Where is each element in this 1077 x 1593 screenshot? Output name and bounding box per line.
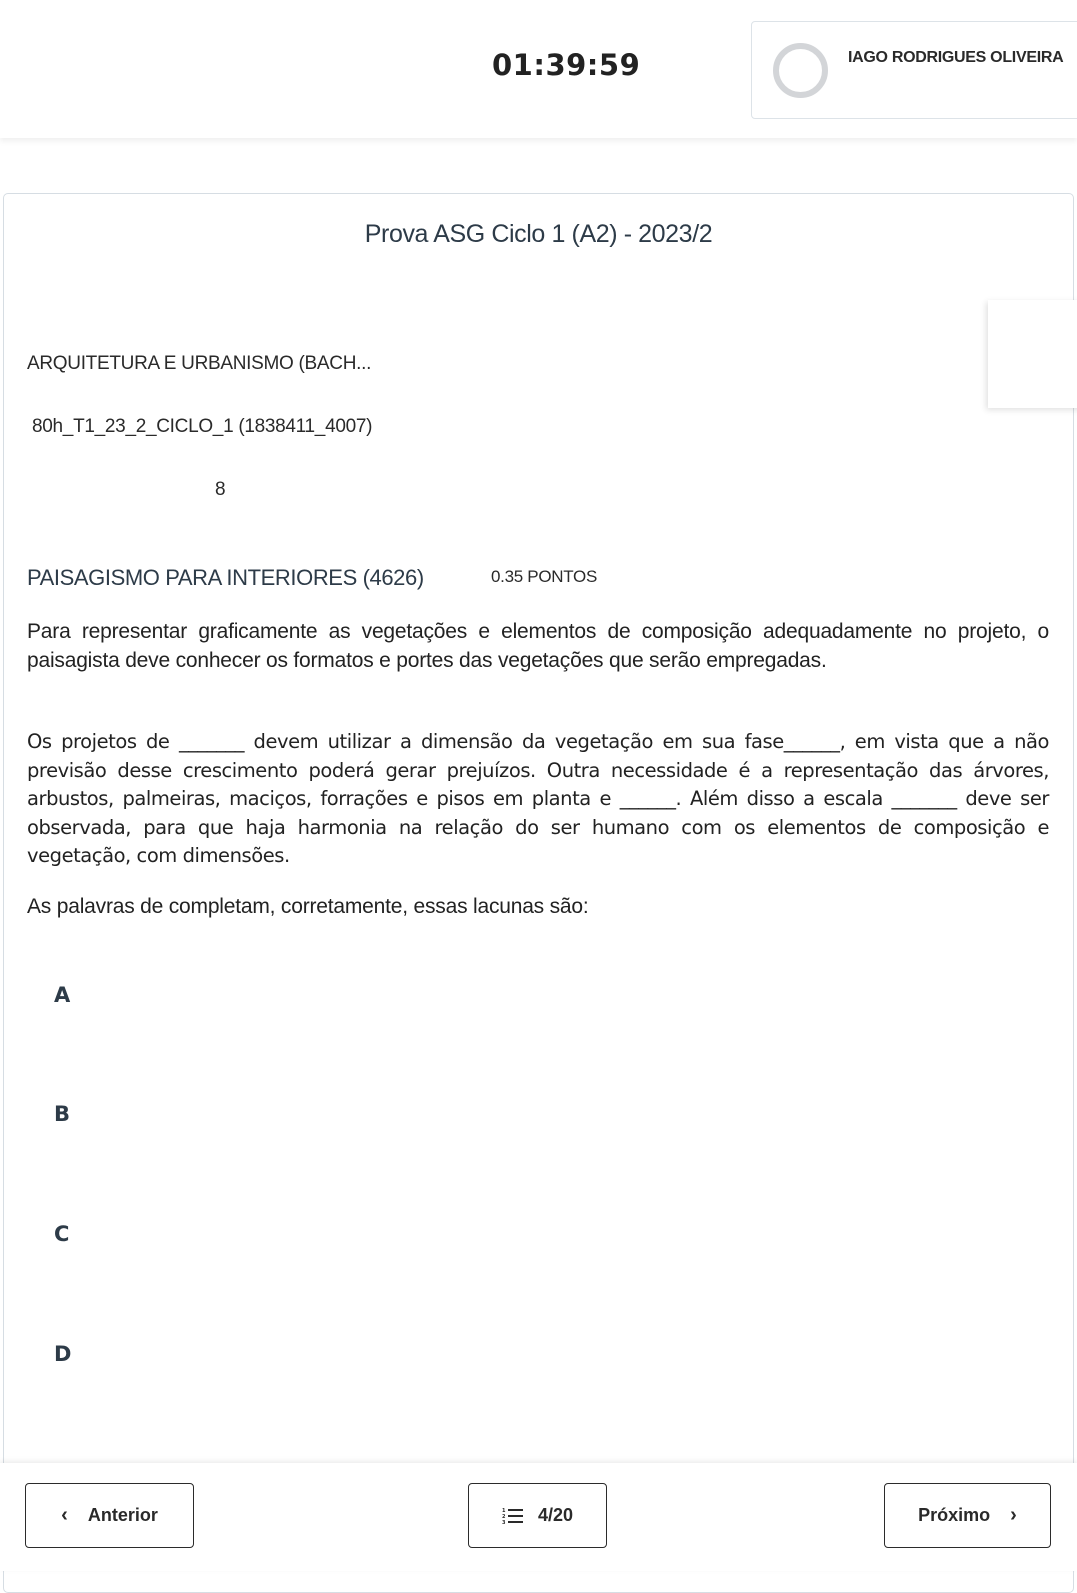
question-number: 8 [215, 479, 225, 501]
user-name: IAGO RODRIGUES OLIVEIRA [848, 49, 1063, 67]
option-d[interactable]: D [0, 1342, 1000, 1402]
exam-title: Prova ASG Ciclo 1 (A2) - 2023/2 [4, 220, 1073, 249]
question-statement: Os projetos de _______ devem utilizar a … [27, 728, 1049, 871]
question-list-button[interactable]: 1 2 3 4/20 [468, 1483, 607, 1548]
previous-label: Anterior [88, 1505, 158, 1526]
next-label: Próximo [918, 1505, 990, 1526]
option-b[interactable]: B [0, 1102, 1000, 1162]
user-card[interactable]: IAGO RODRIGUES OLIVEIRA [751, 21, 1077, 119]
question-context: Para representar graficamente as vegetaç… [27, 618, 1049, 675]
question-points: 0.35 PONTOS [491, 567, 597, 587]
progress-label: 4/20 [538, 1505, 573, 1526]
side-panel [988, 300, 1077, 408]
chevron-right-icon: › [1010, 1504, 1017, 1527]
top-bar: 01:39:59 IAGO RODRIGUES OLIVEIRA [0, 0, 1077, 138]
option-letter: C [54, 1222, 69, 1246]
class-code: 80h_T1_23_2_CICLO_1 (1838411_4007) [32, 416, 372, 438]
chevron-left-icon: ‹ [61, 1504, 68, 1527]
next-button[interactable]: Próximo › [884, 1483, 1051, 1548]
navigation-footer: ‹ Anterior 1 2 3 4/20 Próximo › [0, 1463, 1077, 1571]
course-name: ARQUITETURA E URBANISMO (BACH... [27, 353, 371, 375]
avatar-icon [773, 43, 828, 98]
svg-text:3: 3 [502, 1520, 506, 1526]
question-subject: PAISAGISMO PARA INTERIORES (4626) [27, 565, 424, 591]
numbered-list-icon: 1 2 3 [502, 1506, 524, 1526]
option-letter: B [54, 1102, 70, 1126]
option-a[interactable]: A [0, 983, 1000, 1043]
option-letter: D [54, 1342, 71, 1366]
previous-button[interactable]: ‹ Anterior [25, 1483, 194, 1548]
option-letter: A [54, 983, 70, 1007]
question-prompt: As palavras de completam, corretamente, … [27, 893, 1049, 922]
exam-timer: 01:39:59 [492, 48, 640, 82]
option-c[interactable]: C [0, 1222, 1000, 1282]
